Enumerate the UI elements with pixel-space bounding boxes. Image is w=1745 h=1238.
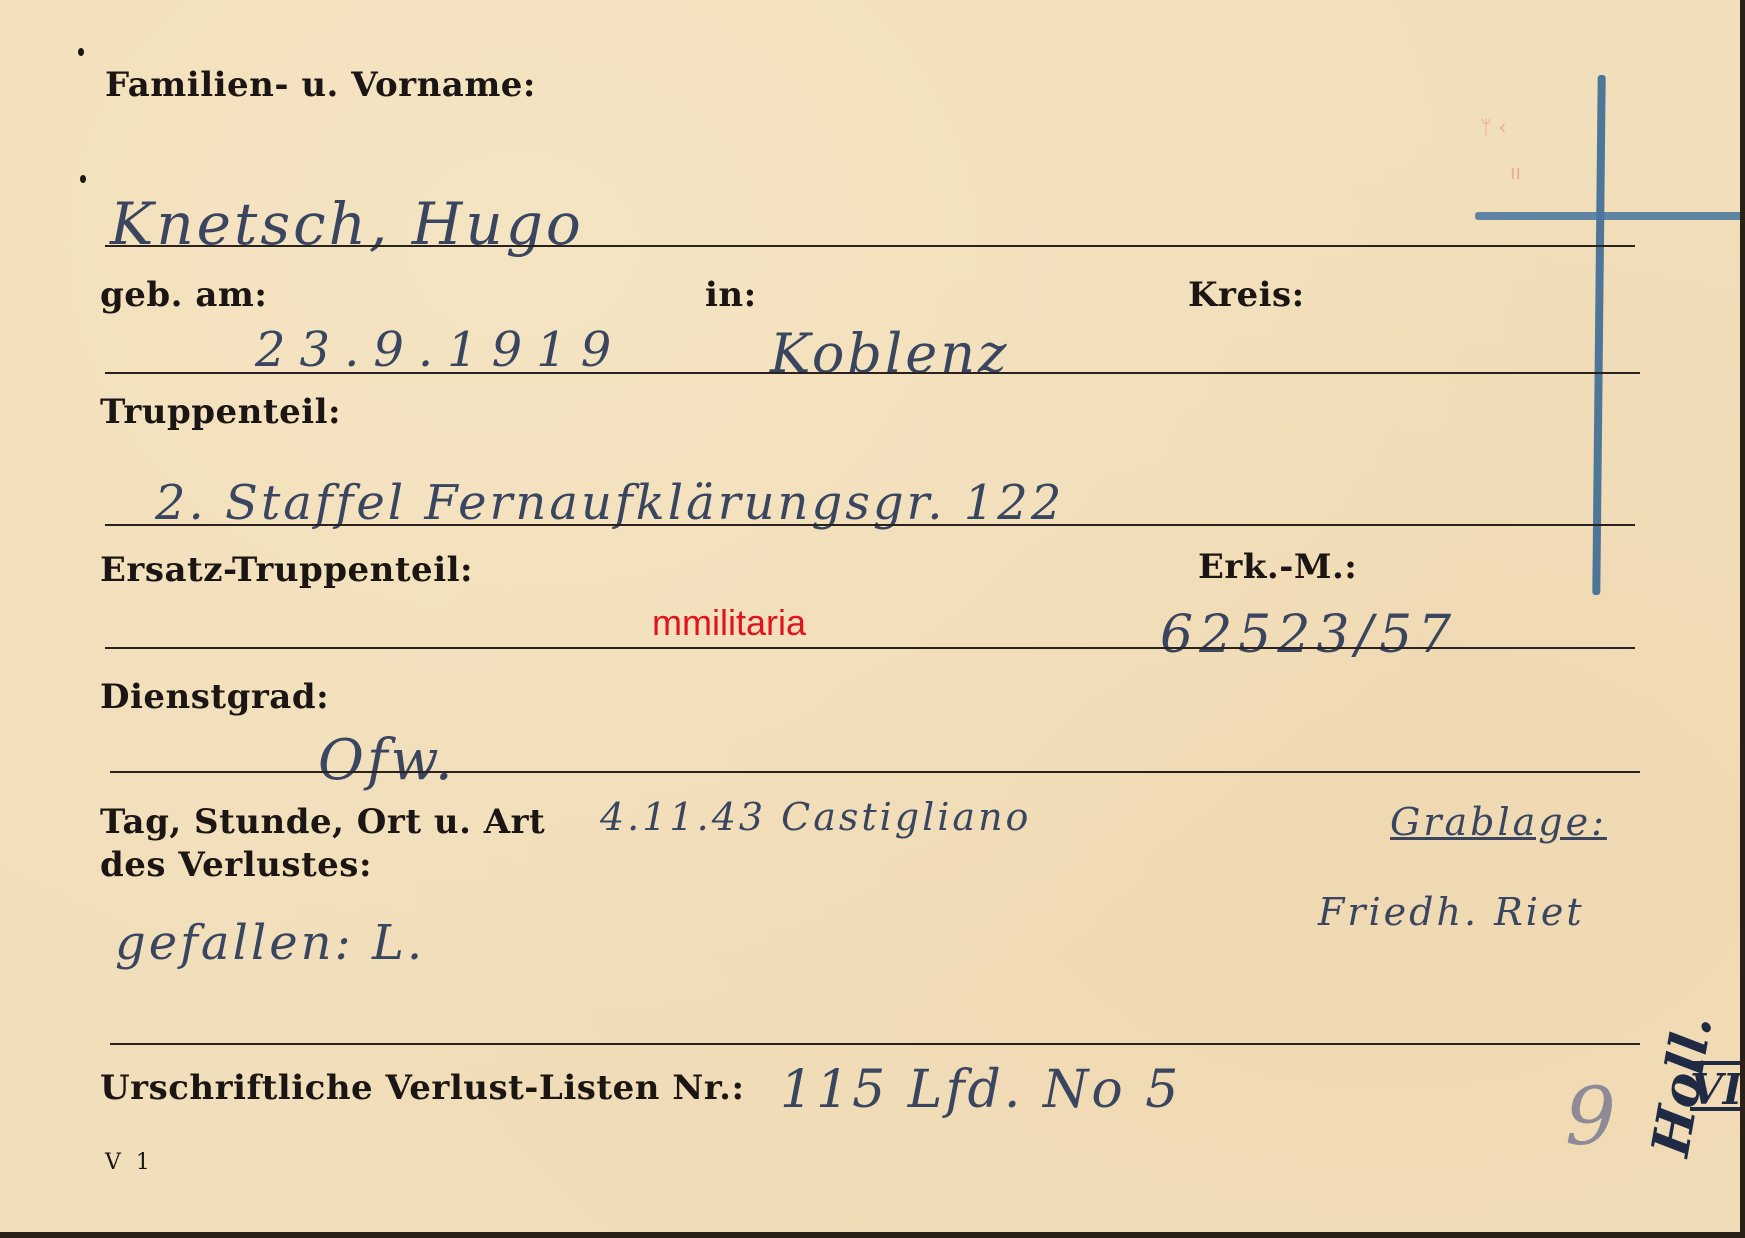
watermark: mmilitaria: [652, 602, 806, 644]
unit-value: 2. Staffel Fernaufklärungsgr. 122: [155, 475, 1064, 531]
loss-status-value: gefallen: L.: [115, 915, 425, 971]
unit-label: Truppenteil:: [100, 392, 341, 432]
faint-red-stamp-mark: ᛘ ‹: [1480, 115, 1506, 139]
loss-value: 4.11.43 Castigliano: [600, 795, 1031, 839]
casualty-index-card: ᛘ ‹ ıı Familien- u. Vorname: Knetsch, Hu…: [0, 0, 1745, 1238]
faint-red-stamp-mark-2: ıı: [1510, 160, 1521, 184]
loss-list-value: 115 Lfd. No 5: [780, 1060, 1181, 1120]
id-tag-label: Erk.-M.:: [1198, 547, 1357, 587]
replacement-unit-label: Ersatz-Truppenteil:: [100, 550, 473, 590]
form-code: V 1: [105, 1150, 154, 1175]
grave-label: Grablage:: [1390, 800, 1607, 844]
rank-rule: [110, 771, 1640, 773]
born-in-value: Koblenz: [770, 322, 1009, 385]
born-on-value: 23.9.1919: [255, 322, 625, 378]
unit-rule: [105, 524, 1635, 526]
loss-label-line1: Tag, Stunde, Ort u. Art: [100, 802, 545, 842]
name-rule: [105, 245, 1635, 247]
ink-speck: [80, 175, 86, 183]
born-on-label: geb. am:: [100, 275, 267, 315]
rank-value: Ofw.: [318, 728, 456, 793]
ink-speck: [78, 48, 84, 56]
grave-value: Friedh. Riet: [1318, 890, 1585, 934]
blue-pencil-horizontal-mark: [1475, 212, 1745, 220]
blue-pencil-vertical-mark: [1592, 75, 1605, 595]
birth-rule: [105, 372, 1640, 374]
district-label: Kreis:: [1188, 275, 1305, 315]
loss-label-line2: des Verlustes:: [100, 845, 372, 885]
initials-mark: Holl.: [1640, 1011, 1725, 1161]
loss-list-label: Urschriftliche Verlust-Listen Nr.:: [100, 1068, 745, 1108]
loss-rule: [110, 1043, 1640, 1045]
born-in-label: in:: [705, 275, 757, 315]
name-value: Knetsch, Hugo: [110, 190, 584, 258]
id-tag-value: 62523/57: [1160, 605, 1457, 665]
pencil-mark: 9: [1565, 1070, 1616, 1163]
rank-label: Dienstgrad:: [100, 677, 329, 717]
name-label: Familien- u. Vorname:: [105, 65, 536, 105]
id-tag-rule: [105, 647, 1635, 649]
